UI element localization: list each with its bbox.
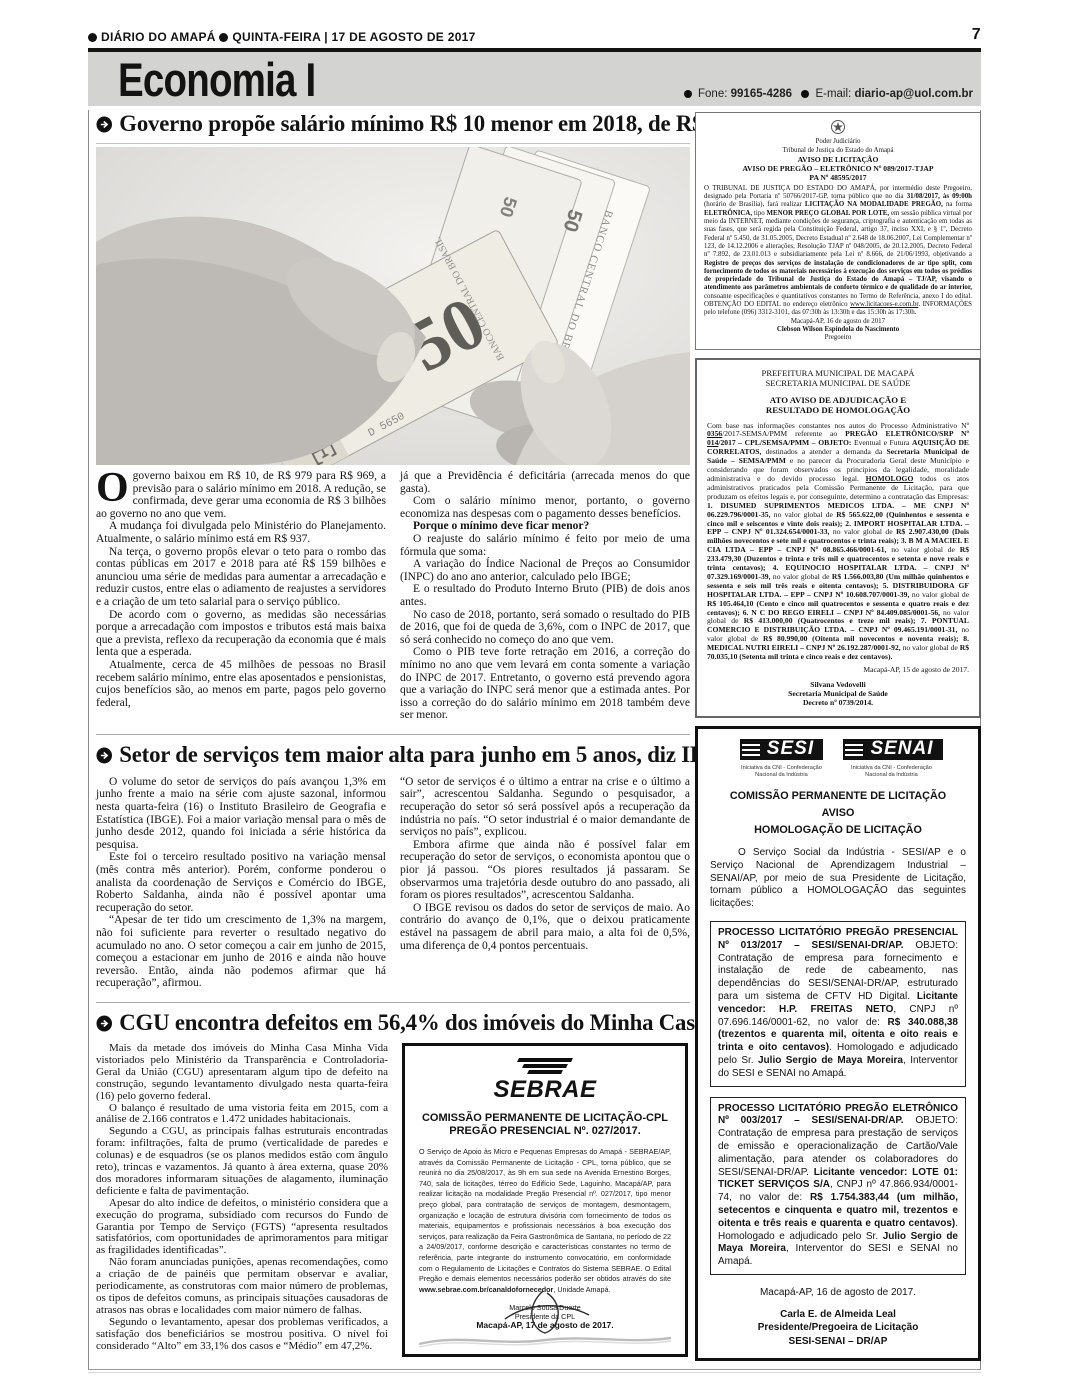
article-servicos-headline: Setor de serviços tem maior alta para ju… xyxy=(96,742,672,769)
article-divider xyxy=(96,1002,690,1003)
article-salario-body: Ogoverno baixou em R$ 10, de R$ 979 para… xyxy=(96,465,690,728)
article-salario-col1: Ogoverno baixou em R$ 10, de R$ 979 para… xyxy=(96,470,386,722)
coat-of-arms-icon xyxy=(830,119,846,135)
sebrae-logo-bar xyxy=(522,1064,568,1068)
articles-column: Governo propõe salário mínimo R$ 10 meno… xyxy=(96,110,690,1357)
article-cgu-headline: CGU encontra defeitos em 56,4% dos imóve… xyxy=(96,1010,672,1037)
headline-bullet-icon xyxy=(96,747,112,764)
section-banner: Economia I Fone: 99165-4286 E-mail: diar… xyxy=(88,48,981,106)
article-divider xyxy=(96,734,690,735)
email-label: E-mail: xyxy=(815,88,851,100)
masthead: DIÁRIO DO AMAPÁ xyxy=(101,30,216,44)
prefeitura-body: Com base nas informações constantes nos … xyxy=(707,422,969,662)
sesi-title: COMISSÃO PERMANENTE DE LICITAÇÃO xyxy=(710,788,966,805)
sesi-logo-caption: Iniciativa da CNI - Confederação Naciona… xyxy=(733,765,829,778)
sesi-dateline: Macapá-AP, 16 de agosto de 2017. xyxy=(710,1287,966,1300)
email-value: diario-ap@uol.com.br xyxy=(854,88,973,100)
headline-rule xyxy=(96,143,690,144)
sesi-signer-org: SESI-SENAI – DR/AP xyxy=(710,1335,966,1349)
sesi-lot2: PROCESSO LICITATÓRIO PREGÃO ELETRÔNICO N… xyxy=(710,1097,966,1275)
sebrae-logo: SEBRAE xyxy=(419,1058,671,1104)
newspaper-page: DIÁRIO DO AMAPÁ QUINTA-FEIRA | 17 DE AGO… xyxy=(0,0,1069,1383)
sebrae-subtitle: PREGÃO PRESENCIAL Nº. 027/2017. xyxy=(419,1125,671,1139)
article-subhead: Porque o mínimo deve ficar menor? xyxy=(400,520,690,533)
sesi-subtitle: AVISO xyxy=(710,805,966,822)
senai-logo-caption: Iniciativa da CNI - Confederação Naciona… xyxy=(843,765,939,778)
senai-logo-stripes-icon xyxy=(845,741,865,759)
prefeitura-title2: RESULTADO DE HOMOLOGAÇÃO xyxy=(707,405,969,416)
sebrae-signature: Marcelo Sousa Duarte Presidente da CPL M… xyxy=(419,1303,671,1330)
tjap-subtitle: AVISO DE PREGÃO – ELETRÔNICO Nº 089/2017… xyxy=(704,164,972,173)
sesi-lot1: PROCESSO LICITATÓRIO PREGÃO PRESENCIAL N… xyxy=(710,921,966,1087)
sebrae-title: COMISSÃO PERMANENTE DE LICITAÇÃO-CPL xyxy=(419,1112,671,1126)
page-number: 7 xyxy=(972,26,981,44)
prefeitura-org2: SECRETARIA MUNICIPAL DE SAÚDE xyxy=(707,378,969,388)
masthead-bullet-icon xyxy=(88,33,97,42)
tjap-pa-number: PA Nº 48595/2017 xyxy=(704,173,972,182)
sesi-subtitle2: HOMOLOGAÇÃO DE LICITAÇÃO xyxy=(710,822,966,839)
headline-bullet-icon xyxy=(96,1015,112,1032)
sesi-signer: Carla E. de Almeida Leal xyxy=(710,1308,966,1322)
sesi-intro: O Serviço Social da Indústria - SESI/AP … xyxy=(710,847,966,911)
headline-bullet-icon xyxy=(96,116,112,133)
article-cgu-body: Mais da metade dos imóveis do Minha Casa… xyxy=(96,1039,388,1353)
page-header: DIÁRIO DO AMAPÁ QUINTA-FEIRA | 17 DE AGO… xyxy=(88,26,981,44)
drop-cap: O xyxy=(96,470,133,505)
article-salario-col2: já que a Previdência é deficitária (arre… xyxy=(400,470,690,722)
senai-logo: SENAI Iniciativa da CNI - Confederação N… xyxy=(843,739,942,778)
article-salario-headline: Governo propõe salário mínimo R$ 10 meno… xyxy=(96,111,672,138)
article-servicos-body: O volume do setor de serviços do país av… xyxy=(96,771,690,996)
email-icon xyxy=(801,90,809,98)
tjap-signer: Clebson Wilson Espíndola do Nascimento xyxy=(704,326,972,334)
money-photo: BANCO CENTRAL DO BRASIL 50 50 REAIS 50 B… xyxy=(96,147,690,465)
article-servicos-col2: “O setor de serviços é o último a entrar… xyxy=(400,776,690,990)
tjap-org1: Poder Judiciário xyxy=(704,138,972,146)
article-cgu-row: Mais da metade dos imóveis do Minha Casa… xyxy=(96,1039,690,1357)
sebrae-logo-bar xyxy=(527,1070,563,1074)
contact-line: Fone: 99165-4286 E-mail: diario-ap@uol.c… xyxy=(678,88,973,100)
tjap-signer-role: Pregoeiro xyxy=(704,334,972,342)
tjap-org2: Tribunal de Justiça do Estado do Amapá xyxy=(704,147,972,155)
sesi-senai-logos: SESI Iniciativa da CNI - Confederação Na… xyxy=(710,739,966,778)
tjap-notice: Poder Judiciário Tribunal de Justiça do … xyxy=(695,112,981,350)
tjap-dateline: Macapá-AP, 16 de agosto de 2017 xyxy=(704,318,972,326)
sesi-logo-stripes-icon xyxy=(742,741,762,759)
phone-icon xyxy=(684,90,692,98)
bottom-rule xyxy=(88,1369,981,1373)
section-title: Economia I xyxy=(118,52,315,107)
left-column-rule xyxy=(88,110,89,1369)
sesi-logo: SESI Iniciativa da CNI - Confederação Na… xyxy=(733,739,829,778)
prefeitura-decree: Decreto nº 0739/2014. xyxy=(707,699,969,708)
date-bullet-icon xyxy=(219,33,228,42)
sesi-signature: Carla E. de Almeida Leal Presidente/Preg… xyxy=(710,1308,966,1349)
phone-value: 99165-4286 xyxy=(731,88,792,100)
tjap-body: O TRIBUNAL DE JUSTIÇA DO ESTADO DO AMAPÁ… xyxy=(704,185,972,318)
sebrae-logo-text: SEBRAE xyxy=(419,1076,671,1104)
masthead-line: DIÁRIO DO AMAPÁ QUINTA-FEIRA | 17 DE AGO… xyxy=(88,30,476,44)
sebrae-logo-bar xyxy=(517,1058,573,1062)
signature-scribble-icon xyxy=(485,1289,605,1335)
prefeitura-dateline: Macapá-AP, 15 de agosto de 2017. xyxy=(707,666,969,675)
prefeitura-notice: PREFEITURA MUNICIPAL DE MACAPÁ SECRETARI… xyxy=(695,358,981,718)
prefeitura-title: ATO AVISO DE ADJUDICAÇÃO E xyxy=(707,395,969,406)
phone-label: Fone: xyxy=(698,88,727,100)
tjap-title: AVISO DE LICITAÇÃO xyxy=(704,155,972,164)
article-servicos-col1: O volume do setor de serviços do país av… xyxy=(96,776,386,990)
sesi-signer-role: Presidente/Pregoeira de Licitação xyxy=(710,1321,966,1335)
sebrae-body: O Serviço de Apoio às Micro e Pequenas E… xyxy=(419,1147,671,1295)
notices-column: Poder Judiciário Tribunal de Justiça do … xyxy=(695,112,981,1361)
edition-date: QUINTA-FEIRA | 17 DE AGOSTO DE 2017 xyxy=(232,30,475,44)
sebrae-notice: SEBRAE COMISSÃO PERMANENTE DE LICITAÇÃO-… xyxy=(402,1043,688,1357)
prefeitura-org1: PREFEITURA MUNICIPAL DE MACAPÁ xyxy=(707,368,969,378)
sesi-senai-notice: SESI Iniciativa da CNI - Confederação Na… xyxy=(695,726,981,1362)
